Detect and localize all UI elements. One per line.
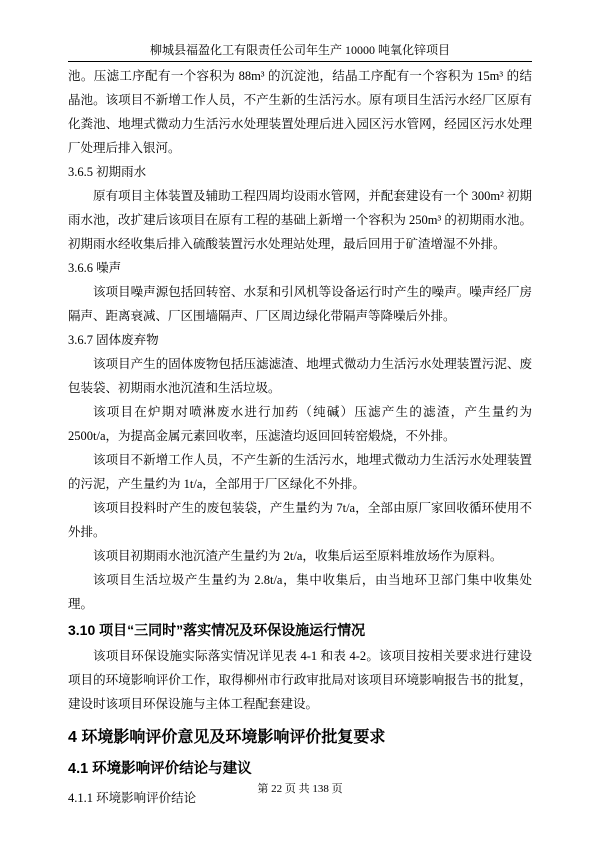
paragraph-filter-residue: 该项目在炉期对喷淋废水进行加药（纯碱）压滤产生的滤渣，产生量约为 2500t/a… — [68, 400, 532, 448]
paragraph-initial-rainwater: 原有项目主体装置及辅助工程四周均设雨水管网，并配套建设有一个 300m² 初期雨… — [68, 184, 532, 256]
paragraph-sludge: 该项目不新增工作人员，不产生新的生活污水，地埋式微动力生活污水处理装置的污泥，产… — [68, 448, 532, 496]
section-heading-3-10: 3.10 项目“三同时”落实情况及环保设施运行情况 — [68, 617, 532, 643]
document-page: 柳城县福盈化工有限责任公司年生产 10000 吨氧化锌项目 池。压滤工序配有一个… — [0, 0, 600, 848]
paragraph-domestic-garbage: 该项目生活垃圾产生量约为 2.8t/a，集中收集后，由当地环卫部门集中收集处理。 — [68, 568, 532, 616]
paragraph-wastewater-continuation: 池。压滤工序配有一个容积为 88m³ 的沉淀池，结晶工序配有一个容积为 15m³… — [68, 64, 532, 160]
paragraph-solid-waste-overview: 该项目产生的固体废物包括压滤滤渣、地埋式微动力生活污水处理装置污泥、废包装袋、初… — [68, 352, 532, 400]
section-heading-3-6-6: 3.6.6 噪声 — [68, 256, 532, 280]
paragraph-three-simultaneous: 该项目环保设施实际落实情况详见表 4-1 和表 4-2。该项目按相关要求进行建设… — [68, 644, 532, 716]
section-heading-3-6-5: 3.6.5 初期雨水 — [68, 160, 532, 184]
section-heading-4-1: 4.1 环境影响评价结论与建议 — [68, 756, 532, 782]
section-heading-3-6-7: 3.6.7 固体废弃物 — [68, 328, 532, 352]
paragraph-rainwater-sediment: 该项目初期雨水池沉渣产生量约为 2t/a，收集后运至原料堆放场作为原料。 — [68, 544, 532, 568]
document-header-title: 柳城县福盈化工有限责任公司年生产 10000 吨氧化锌项目 — [68, 42, 532, 62]
chapter-heading-4: 4 环境影响评价意见及环境影响评价批复要求 — [68, 724, 532, 752]
paragraph-packaging-bags: 该项目投料时产生的废包装袋，产生量约为 7t/a，全部由原厂家回收循环使用不外排… — [68, 496, 532, 544]
page-number-footer: 第 22 页 共 138 页 — [0, 780, 600, 796]
document-content: 柳城县福盈化工有限责任公司年生产 10000 吨氧化锌项目 池。压滤工序配有一个… — [68, 42, 532, 810]
paragraph-noise: 该项目噪声源包括回转窑、水泵和引风机等设备运行时产生的噪声。噪声经厂房隔声、距离… — [68, 280, 532, 328]
